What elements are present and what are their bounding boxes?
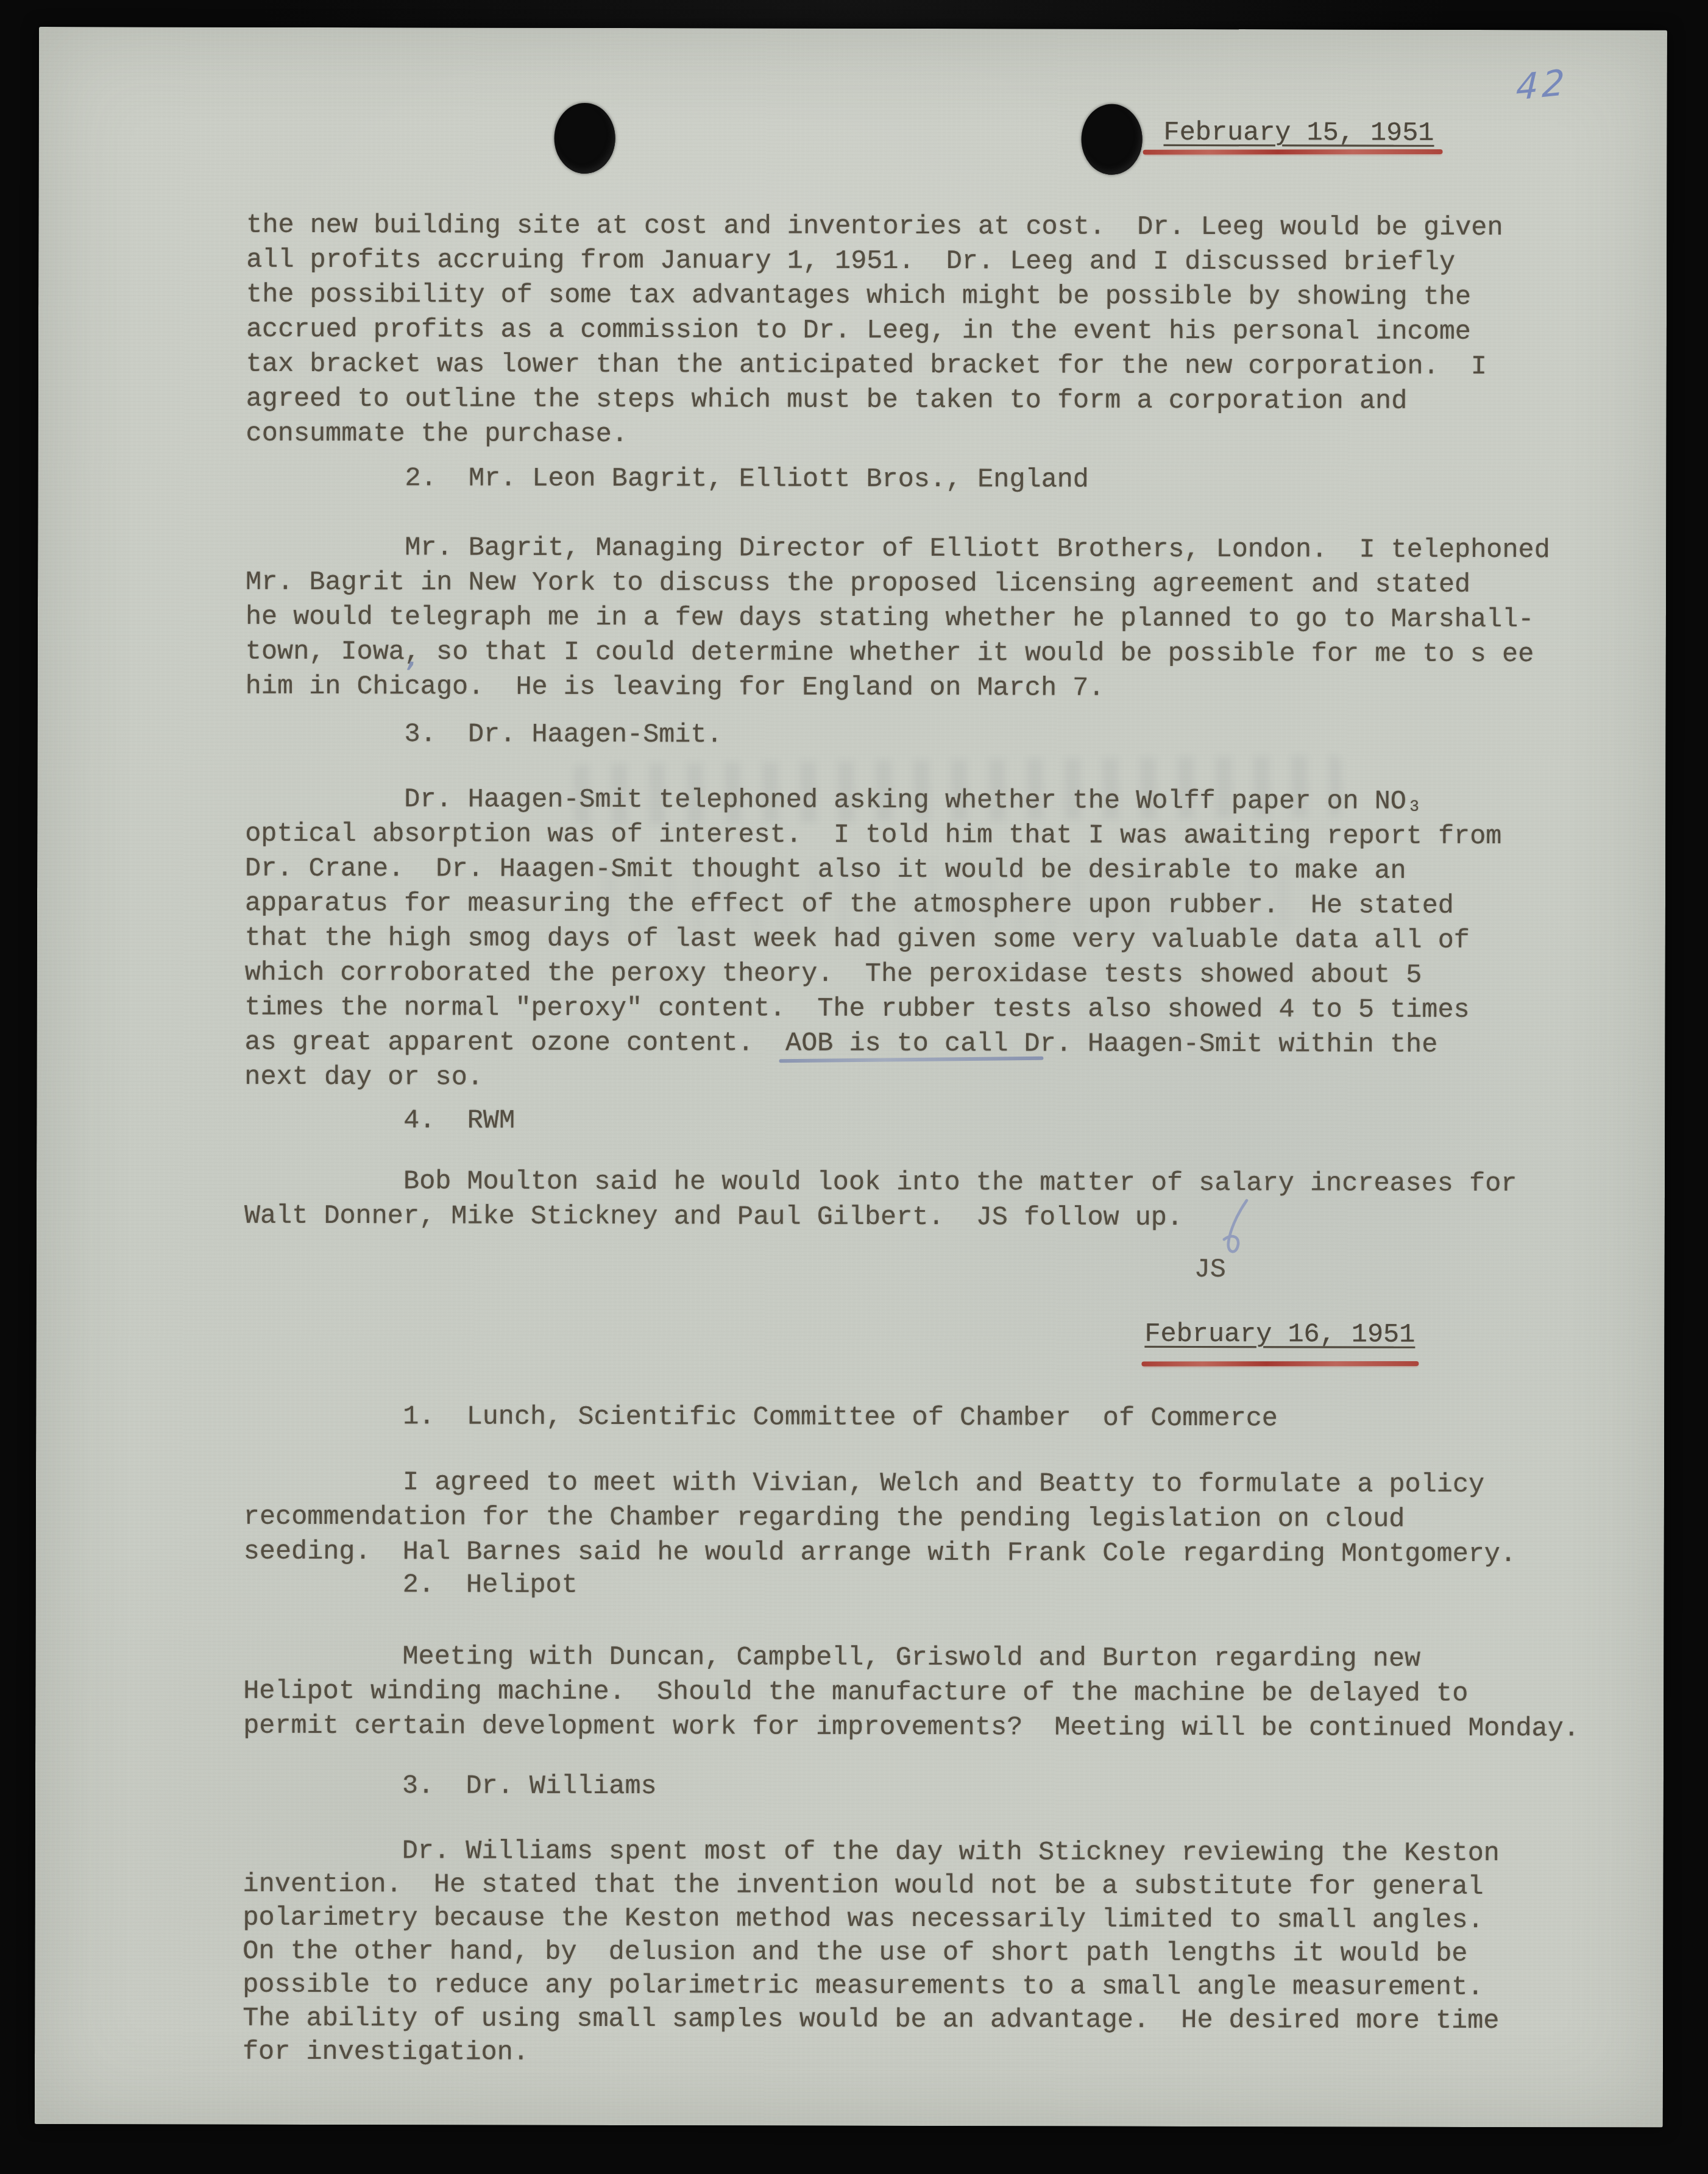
date-red-underline (1141, 1361, 1419, 1367)
paper-sheet: 42 February 15, 1951 the new building si… (35, 27, 1667, 2128)
paragraph-line: invention. He stated that the invention … (243, 1868, 1500, 1904)
section-heading-lunch: 1. Lunch, Scientific Committee of Chambe… (244, 1400, 1278, 1437)
paragraph-line: consummate the purchase. (246, 417, 1503, 454)
paragraph-line: Mr. Bagrit in New York to discuss the pr… (246, 565, 1550, 603)
paragraph-line: recommendation for the Chamber regarding… (244, 1500, 1516, 1537)
punch-hole-right (1081, 104, 1142, 175)
paragraph-line: Dr. Crane. Dr. Haagen-Smit thought also … (245, 852, 1501, 889)
paragraph-line: seeding. Hal Barnes said he would arrang… (244, 1535, 1516, 1572)
page-number-handwritten: 42 (1515, 61, 1569, 108)
paragraph-helipot: Meeting with Duncan, Campbell, Griswold … (243, 1640, 1579, 1747)
pencil-checkmark (1208, 1198, 1263, 1261)
paragraph-line: On the other hand, by delusion and the u… (243, 1935, 1499, 1971)
paragraph-line: Dr. Williams spent most of the day with … (243, 1835, 1500, 1871)
section-heading-bagrit: 2. Mr. Leon Bagrit, Elliott Bros., Engla… (246, 461, 1089, 498)
punch-hole-left (554, 103, 615, 174)
paragraph-line: times the normal "peroxy" content. The r… (245, 991, 1501, 1028)
paragraph-cloud-seeding: I agreed to meet with Vivian, Welch and … (244, 1465, 1517, 1572)
paragraph-line: Dr. Haagen-Smit telephoned asking whethe… (245, 782, 1501, 820)
paragraph-line: permit certain development work for impr… (243, 1709, 1579, 1747)
section-heading-rwm: 4. RWM (244, 1103, 515, 1139)
paragraph-line: the new building site at cost and invent… (246, 208, 1503, 246)
paragraph-line: as great apparent ozone content. AOB is … (244, 1025, 1501, 1063)
paragraph-line: agreed to outline the steps which must b… (246, 382, 1503, 419)
paragraph-line: he would telegraph me in a few days stat… (246, 600, 1550, 637)
paragraph-line: tax bracket was lower than the anticipat… (246, 347, 1503, 384)
paragraph-line: Meeting with Duncan, Campbell, Griswold … (243, 1640, 1579, 1677)
paragraph-line: The ability of using small samples would… (243, 2002, 1499, 2038)
paragraph-rwm: Bob Moulton said he would look into the … (244, 1164, 1517, 1236)
paragraph-line: apparatus for measuring the effect of th… (245, 887, 1501, 924)
paragraph-line: Mr. Bagrit, Managing Director of Elliott… (246, 531, 1550, 568)
paragraph-line: Bob Moulton said he would look into the … (244, 1164, 1517, 1202)
entry-date-feb-16: February 16, 1951 (1144, 1320, 1415, 1351)
paragraph-line: next day or so. (244, 1060, 1501, 1097)
paragraph-line: possible to reduce any polarimetric meas… (243, 1969, 1499, 2005)
paragraph-line: the possibility of some tax advantages w… (246, 278, 1503, 315)
entry-date-feb-15: February 15, 1951 (1164, 118, 1434, 149)
paragraph-line: I agreed to meet with Vivian, Welch and … (244, 1465, 1516, 1503)
paragraph-line: that the high smog days of last week had… (245, 921, 1501, 958)
paragraph-line: accrued profits as a commission to Dr. L… (246, 313, 1503, 350)
paragraph-williams: Dr. Williams spent most of the day with … (243, 1835, 1500, 2072)
typist-initials: JS (1194, 1255, 1226, 1285)
paragraph-haagen-smit: Dr. Haagen-Smit telephoned asking whethe… (244, 782, 1501, 1097)
paragraph-leeg-purchase: the new building site at cost and invent… (246, 208, 1503, 454)
paragraph-line: Helipot winding machine. Should the manu… (243, 1674, 1579, 1712)
section-heading-helipot: 2. Helipot (244, 1568, 578, 1603)
paragraph-line: all profits accruing from January 1, 195… (246, 243, 1503, 280)
paragraph-bagrit: Mr. Bagrit, Managing Director of Elliott… (246, 531, 1550, 707)
paragraph-line: optical absorption was of interest. I to… (245, 817, 1501, 854)
section-heading-williams: 3. Dr. Williams (243, 1769, 657, 1804)
paragraph-line: Walt Donner, Mike Stickney and Paul Gilb… (244, 1199, 1517, 1236)
paragraph-line: him in Chicago. He is leaving for Englan… (246, 670, 1550, 707)
date-red-underline (1143, 149, 1443, 155)
paragraph-line: which corroborated the peroxy theory. Th… (245, 956, 1501, 993)
paragraph-line: polarimetry because the Keston method wa… (243, 1902, 1499, 1938)
paragraph-line: for investigation. (243, 2036, 1499, 2072)
paragraph-line: town, Iowa, so that I could determine wh… (246, 635, 1550, 672)
section-heading-haagen-smit: 3. Dr. Haagen-Smit. (246, 717, 723, 753)
scan-background: 42 February 15, 1951 the new building si… (0, 0, 1708, 2174)
